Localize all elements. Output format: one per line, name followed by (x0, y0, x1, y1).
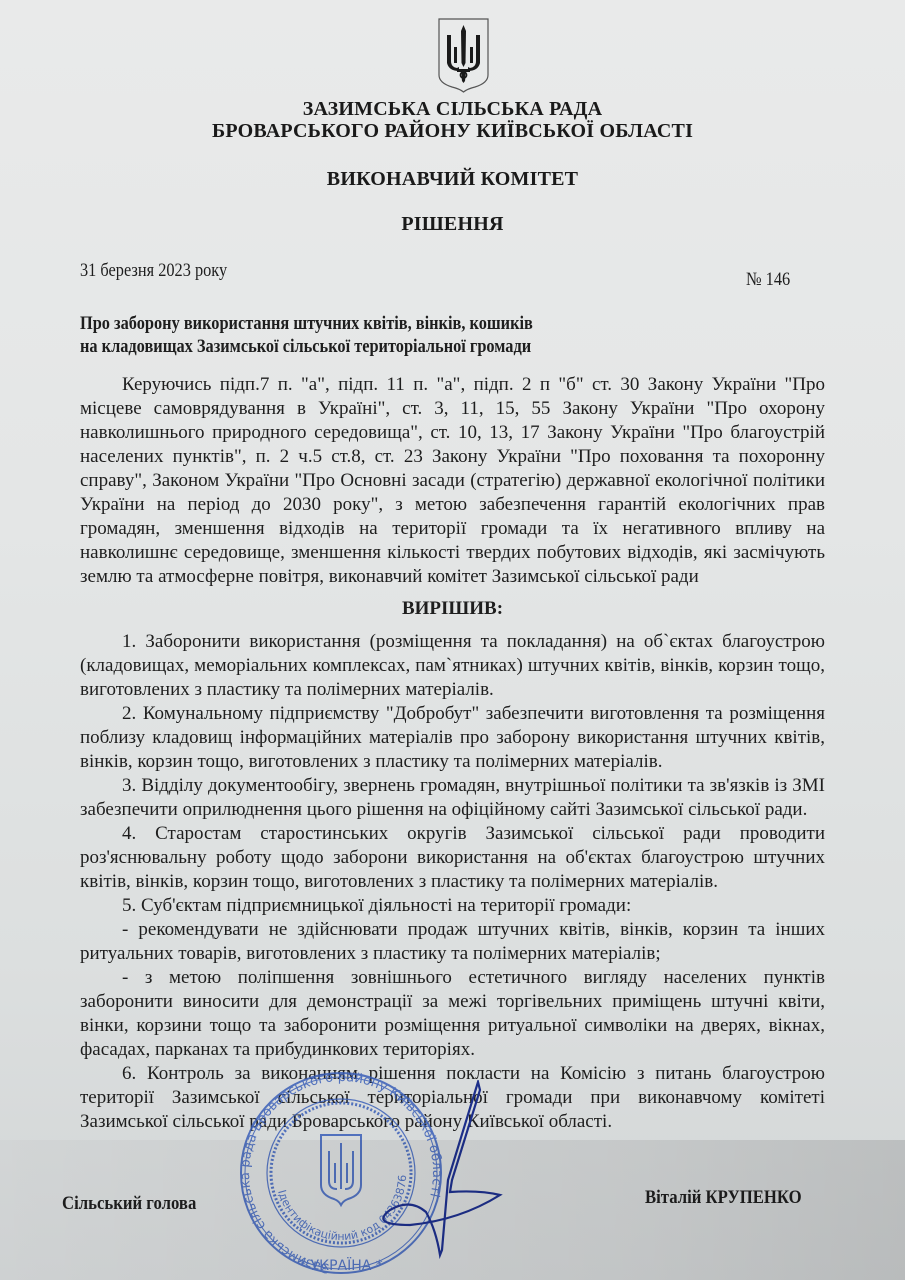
preamble-paragraph: Керуючись підп.7 п. "а", підп. 11 п. "а"… (80, 373, 825, 589)
preamble-block: Керуючись підп.7 п. "а", підп. 11 п. "а"… (80, 373, 825, 589)
signatory-name: Віталій КРУПЕНКО (645, 1187, 823, 1209)
signatory-position: Сільський голова (62, 1193, 215, 1215)
organization-name: ЗАЗИМСЬКА СІЛЬСЬКА РАДА (0, 98, 905, 121)
document-title-line-2: на кладовищах Зазимської сільської терит… (80, 336, 531, 358)
handwritten-signature (330, 1080, 510, 1280)
resolution-item-5-subitem-2: - з метою поліпшення зовнішнього естетич… (80, 966, 825, 1062)
resolution-item-2: 2. Комунальному підприємству "Добробут" … (80, 702, 825, 774)
document-number: № 146 (746, 269, 790, 291)
document-title-line-1: Про заборону використання штучних квітів… (80, 313, 533, 335)
executive-committee-heading: ВИКОНАВЧИЙ КОМІТЕТ (0, 168, 905, 191)
organization-district: БРОВАРСЬКОГО РАЙОНУ КИЇВСЬКОЇ ОБЛАСТІ (0, 120, 905, 143)
resolution-item-4: 4. Старостам старостинських округів Зази… (80, 822, 825, 894)
document-page: ЗАЗИМСЬКА СІЛЬСЬКА РАДА БРОВАРСЬКОГО РАЙ… (0, 0, 905, 1280)
resolution-items: 1. Заборонити використання (розміщення т… (80, 630, 825, 1134)
decision-heading: РІШЕННЯ (0, 213, 905, 236)
resolution-item-5-subitem-1: - рекомендувати не здійснювати продаж шт… (80, 918, 825, 966)
resolved-heading: ВИРІШИВ: (0, 598, 905, 620)
resolution-item-3: 3. Відділу документообігу, звернень гром… (80, 774, 825, 822)
coat-of-arms-icon (437, 17, 490, 93)
resolution-item-1: 1. Заборонити використання (розміщення т… (80, 630, 825, 702)
document-date: 31 березня 2023 року (80, 260, 227, 282)
resolution-item-5: 5. Суб'єктам підприємницької діяльності … (80, 894, 825, 918)
